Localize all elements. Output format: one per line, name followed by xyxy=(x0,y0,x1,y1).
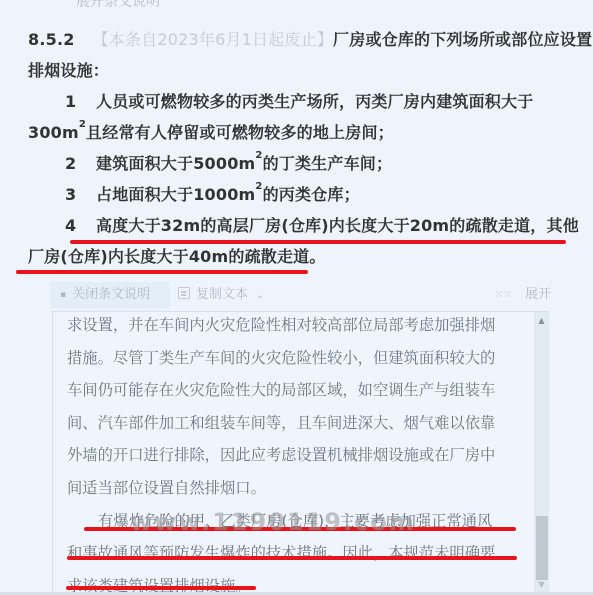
clause-item-4-cont: 厂房(仓库)内长度大于40m的疏散走道。 xyxy=(28,241,583,272)
explanation-line: 间适当部位设置自然排烟口。 xyxy=(67,472,527,505)
clause-item-1-cont: 300m2且经常有人停留或可燃物较多的地上房间； xyxy=(28,117,583,148)
copy-icon xyxy=(178,287,190,299)
close-explanation-label: 关闭条文说明 xyxy=(72,287,150,302)
item-text: 占地面积大于1000m xyxy=(96,185,255,204)
bullet-icon: ▪ xyxy=(60,290,66,300)
clause-number: 8.5.2 xyxy=(28,30,75,49)
explanation-panel: 求设置，并在车间内火灾危险性相对较高部位局部考虑加强排烟 措施。尽管丁类生产车间… xyxy=(52,311,549,595)
superscript: 2 xyxy=(79,119,86,130)
explanation-line: 外墙的开口进行排除，因此应考虑设置机械排烟设施或在厂房中 xyxy=(67,439,527,472)
copy-text-button[interactable]: 复制文本⌄ xyxy=(178,282,264,309)
document-page: 展开条文说明 8.5.2【本条自2023年6月1日起废止】厂房或仓库的下列场所或… xyxy=(0,0,593,595)
explanation-line: 求设置，并在车间内火灾危险性相对较高部位局部考虑加强排烟 xyxy=(67,311,527,342)
clause-heading: 8.5.2【本条自2023年6月1日起废止】厂房或仓库的下列场所或部位应设置 xyxy=(28,24,583,55)
explanation-toolbar: ▪关闭条文说明 复制文本⌄ ⁙⁙展开 xyxy=(50,282,563,308)
item-number: 4 xyxy=(65,210,96,241)
expand-explanation-link-cut[interactable]: 展开条文说明 xyxy=(76,0,160,11)
explanation-scrollbar[interactable]: ▲ ▼ xyxy=(534,312,549,592)
clause-item-3: 3占地面积大于1000m2的丙类仓库； xyxy=(28,179,583,210)
clause-item-4: 4高度大于32m的高层厂房(仓库)内长度大于20m的疏散走道，其他 xyxy=(28,210,583,241)
explanation-line: 车间仍可能存在火灾危险性大的局部区域，如空调生产与组装车 xyxy=(67,374,527,407)
item-number: 2 xyxy=(65,148,96,179)
item-number: 1 xyxy=(65,86,96,117)
fullscreen-icon: ⁙⁙ xyxy=(495,288,511,301)
red-underline-annotation xyxy=(66,586,256,590)
item-text: 的丙类仓库； xyxy=(263,185,360,204)
item-text: 300m xyxy=(28,123,79,142)
explanation-line: 措施。尽管丁类生产车间的火灾危险性较小，但建筑面积较大的 xyxy=(67,342,527,375)
item-text: 的丁类生产车间； xyxy=(263,154,393,173)
watermark: www.1190119.com xyxy=(130,508,416,536)
item-text: 建筑面积大于5000m xyxy=(96,154,255,173)
item-text: 高度大于32m的高层厂房(仓库)内长度大于20m的疏散走道，其他 xyxy=(96,216,579,235)
item-text: 且经常有人停留或可燃物较多的地上房间； xyxy=(86,123,394,142)
superscript: 2 xyxy=(255,181,262,192)
clause-item-2: 2建筑面积大于5000m2的丁类生产车间； xyxy=(28,148,583,179)
explanation-line: 间、汽车部件加工和组装车间等，且车间进深大、烟气难以依靠 xyxy=(67,407,527,440)
clause-title-cont: 排烟设施： xyxy=(28,55,583,86)
item-text: 人员或可燃物较多的丙类生产场所，丙类厂房内建筑面积大于 xyxy=(96,92,533,111)
clause-8-5-2: 8.5.2【本条自2023年6月1日起废止】厂房或仓库的下列场所或部位应设置 排… xyxy=(28,24,583,272)
red-underline-annotation xyxy=(67,556,517,560)
superscript: 2 xyxy=(255,150,262,161)
explanation-text: 求设置，并在车间内火灾危险性相对较高部位局部考虑加强排烟 措施。尽管丁类生产车间… xyxy=(67,311,527,595)
scroll-thumb[interactable] xyxy=(536,516,548,580)
red-underline-annotation xyxy=(70,240,566,244)
clause-item-1: 1人员或可燃物较多的丙类生产场所，丙类厂房内建筑面积大于 xyxy=(28,86,583,117)
copy-text-label: 复制文本 xyxy=(196,287,248,302)
expand-button[interactable]: ⁙⁙展开 xyxy=(495,282,551,308)
clause-title: 厂房或仓库的下列场所或部位应设置 xyxy=(333,30,592,49)
scroll-down-arrow-icon[interactable]: ▼ xyxy=(534,578,549,592)
abolished-note: 【本条自2023年6月1日起废止】 xyxy=(93,30,333,49)
scroll-up-arrow-icon[interactable]: ▲ xyxy=(534,314,549,328)
red-underline-annotation xyxy=(16,270,308,274)
item-number: 3 xyxy=(65,179,96,210)
expand-label: 展开 xyxy=(525,287,551,302)
explanation-line: 和事故通风等预防发生爆炸的技术措施。因此，本规范未明确要 xyxy=(67,537,527,570)
close-explanation-button[interactable]: ▪关闭条文说明 xyxy=(50,282,170,308)
chevron-down-icon[interactable]: ⌄ xyxy=(256,290,264,301)
